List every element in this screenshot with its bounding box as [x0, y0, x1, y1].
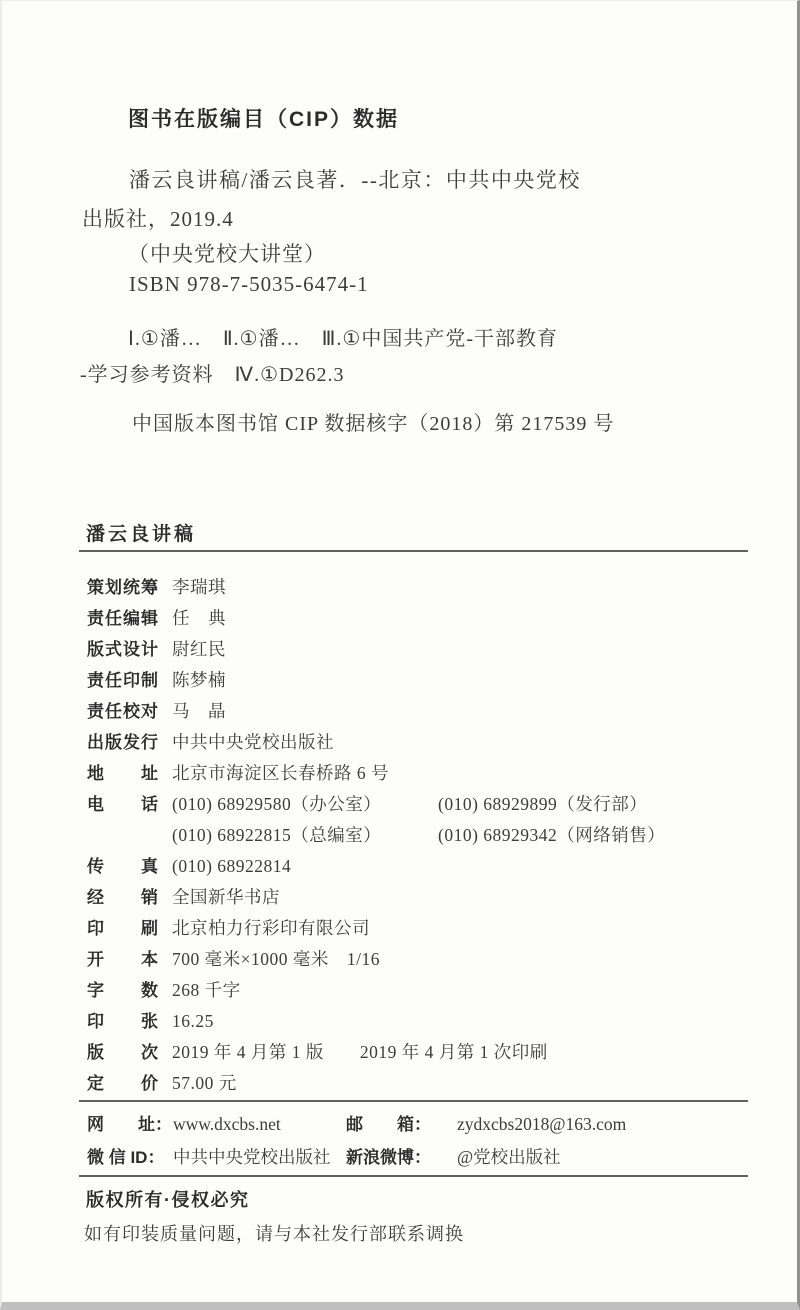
table-row: 字 数268 千字 — [87, 975, 747, 1006]
row-value: 尉红民 — [172, 634, 438, 665]
divider-under-title — [79, 550, 748, 552]
copyright-notice: 版权所有·侵权必究 — [86, 1186, 250, 1212]
colophon-table: 策划统筹李瑞琪 责任编辑任 典 版式设计尉红民 责任印制陈梦楠 责任校对马 晶 … — [87, 572, 747, 1099]
row-value: 北京柏力行彩印有限公司 — [172, 913, 438, 944]
table-row: (010) 68922815（总编室）(010) 68929342（网络销售） — [87, 820, 747, 851]
row-label: 版式设计 — [87, 634, 172, 665]
row-value: 马 晶 — [172, 696, 438, 727]
row-value: 全国新华书店 — [172, 882, 438, 913]
table-row: 经 销全国新华书店 — [87, 882, 747, 913]
cip-series-line: （中央党校大讲堂） — [128, 238, 326, 268]
wechat-label: 微 信 ID： — [87, 1141, 173, 1174]
cip-heading: 图书在版编目（CIP）数据 — [128, 103, 399, 133]
table-row: 印 张16.25 — [87, 1006, 747, 1037]
row-label: 传 真 — [87, 851, 172, 882]
row-value-2: (010) 68929342（网络销售） — [438, 820, 665, 851]
row-value: 李瑞琪 — [172, 572, 438, 603]
row-label: 出版发行 — [87, 727, 172, 758]
table-row: 电 话(010) 68929580（办公室）(010) 68929899（发行部… — [87, 789, 747, 820]
row-label: 经 销 — [87, 882, 172, 913]
row-label: 地 址 — [87, 758, 172, 789]
table-row: 版式设计尉红民 — [87, 634, 747, 665]
table-row: 版 次2019 年 4 月第 1 版 2019 年 4 月第 1 次印刷 — [87, 1037, 747, 1068]
weibo-value: @党校出版社 — [457, 1141, 561, 1174]
table-row: 印 刷北京柏力行彩印有限公司 — [87, 913, 747, 944]
table-row: 责任校对马 晶 — [87, 696, 747, 727]
row-value: 57.00 元 — [172, 1068, 438, 1099]
row-label: 定 价 — [87, 1068, 172, 1099]
email-label: 邮 箱： — [346, 1108, 457, 1141]
table-row: 出版发行中共中央党校出版社 — [87, 727, 747, 758]
table-row: 责任印制陈梦楠 — [87, 665, 747, 696]
email-value: zydxcbs2018@163.com — [457, 1108, 626, 1141]
row-label: 责任编辑 — [87, 603, 172, 634]
row-label: 电 话 — [87, 789, 172, 820]
contact-row-wechat-weibo: 微 信 ID： 中共中央党校出版社 新浪微博： @党校出版社 — [87, 1141, 747, 1174]
table-row: 地 址北京市海淀区长春桥路 6 号 — [87, 758, 747, 789]
row-value: 北京市海淀区长春桥路 6 号 — [172, 758, 438, 789]
table-row: 责任编辑任 典 — [87, 603, 747, 634]
row-value: 16.25 — [172, 1006, 438, 1037]
book-title: 潘云良讲稿 — [86, 519, 196, 546]
row-value: 任 典 — [172, 603, 438, 634]
divider-below-contact — [79, 1175, 748, 1177]
row-value: 268 千字 — [172, 975, 438, 1006]
row-value: 陈梦楠 — [172, 665, 438, 696]
table-row: 开 本700 毫米×1000 毫米 1/16 — [87, 944, 747, 975]
row-label: 版 次 — [87, 1037, 172, 1068]
row-label: 印 刷 — [87, 913, 172, 944]
book-copyright-page: 图书在版编目（CIP）数据 潘云良讲稿/潘云良著．--北京：中共中央党校 出版社… — [0, 0, 800, 1310]
weibo-label: 新浪微博： — [346, 1141, 457, 1174]
divider-above-contact — [79, 1100, 748, 1102]
isbn-number: ISBN 978-7-5035-6474-1 — [129, 272, 369, 297]
website-value: www.dxcbs.net — [173, 1108, 346, 1141]
row-label: 责任校对 — [87, 696, 172, 727]
row-label: 策划统筹 — [87, 572, 172, 603]
table-row: 传 真(010) 68922814 — [87, 851, 747, 882]
row-value: 中共中央党校出版社 — [172, 727, 438, 758]
contact-block: 网 址： www.dxcbs.net 邮 箱： zydxcbs2018@163.… — [87, 1108, 747, 1174]
website-label: 网 址： — [87, 1108, 173, 1141]
table-row: 定 价57.00 元 — [87, 1068, 747, 1099]
row-label: 开 本 — [87, 944, 172, 975]
row-value: (010) 68929580（办公室） — [172, 789, 438, 820]
row-value-2: (010) 68929899（发行部） — [438, 789, 647, 820]
cip-publisher-year-line: 出版社，2019.4 — [82, 203, 234, 233]
cip-classification-line-1: Ⅰ.①潘… Ⅱ.①潘… Ⅲ.①中国共产党-干部教育 — [128, 322, 558, 351]
row-value: (010) 68922815（总编室） — [172, 820, 438, 851]
row-label: 印 张 — [87, 1006, 172, 1037]
contact-row-web-mail: 网 址： www.dxcbs.net 邮 箱： zydxcbs2018@163.… — [87, 1108, 747, 1141]
row-label: 字 数 — [87, 975, 172, 1006]
cip-title-author-line: 潘云良讲稿/潘云良著．--北京：中共中央党校 — [129, 164, 581, 194]
row-label: 责任印制 — [87, 665, 172, 696]
print-quality-note: 如有印装质量问题，请与本社发行部联系调换 — [84, 1220, 464, 1246]
row-value: 700 毫米×1000 毫米 1/16 — [172, 944, 438, 975]
cip-classification-line-2: -学习参考资料 Ⅳ.①D262.3 — [80, 358, 345, 387]
row-value: (010) 68922814 — [172, 851, 438, 882]
row-value: 2019 年 4 月第 1 版 2019 年 4 月第 1 次印刷 — [172, 1037, 438, 1068]
table-row: 策划统筹李瑞琪 — [87, 572, 747, 603]
cip-registry-number: 中国版本图书馆 CIP 数据核字（2018）第 217539 号 — [132, 407, 614, 436]
wechat-value: 中共中央党校出版社 — [173, 1141, 346, 1174]
